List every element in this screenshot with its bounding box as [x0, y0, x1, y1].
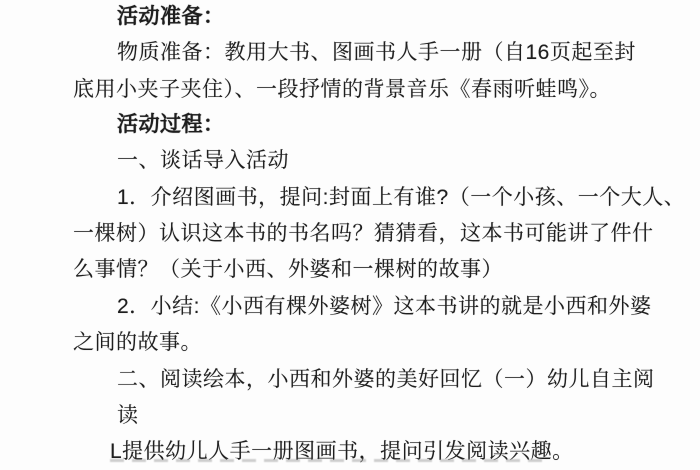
paragraph-material-preparation-cont: 底用小夹子夹住）、一段抒情的背景音乐《春雨听蛙鸣》。 — [73, 76, 611, 103]
document-body: 活动准备： 物质准备：教用大书、图画书人手一册（自16页起至封 底用小夹子夹住）… — [0, 0, 700, 470]
paragraph-step1: 1．介绍图画书，提问:封面上有谁?（一个小孩、一个大人、 — [117, 184, 685, 211]
section-two-title: 二、阅读绘本，小西和外婆的美好回忆（一）幼儿自主阅 — [117, 366, 655, 393]
paragraph-material-preparation: 物质准备：教用大书、图画书人手一册（自16页起至封 — [117, 39, 636, 66]
paragraph-step2-cont: 之间的故事。 — [73, 329, 202, 356]
paragraph-step1-cont2: 么事情？（关于小西、外婆和一棵树的故事） — [73, 256, 503, 283]
section-one-title: 一、谈话导入活动 — [117, 147, 289, 174]
document-page: 活动准备： 物质准备：教用大书、图画书人手一册（自16页起至封 底用小夹子夹住）… — [0, 0, 700, 470]
heading-activity-preparation: 活动准备： — [117, 3, 225, 30]
section-two-title-cont: 读 — [117, 402, 139, 429]
cutoff-next-line-artifact — [110, 459, 545, 462]
paragraph-step2: 2．小结:《小西有棵外婆树》这本书讲的就是小西和外婆 — [117, 293, 652, 320]
heading-activity-process: 活动过程： — [117, 111, 225, 138]
paragraph-step1-cont1: 一棵树）认识这本书的书名吗？猜猜看，这本书可能讲了件什 — [73, 220, 654, 247]
